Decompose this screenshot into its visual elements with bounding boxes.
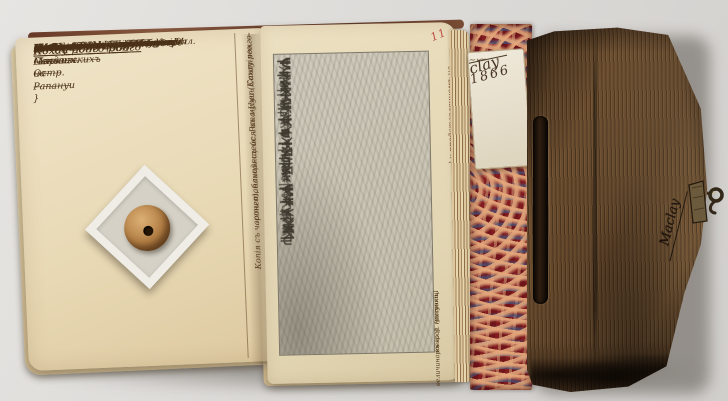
glyph-columns: ϯΨж·ѰϮ¥ЖψѪ·ϯΨұЖϯ Ж¥ϮψѪ·ΨϯжѰ¥ϮЖψ·Ѫ ѰϯЖΨ·¥… bbox=[276, 55, 432, 352]
clasp-hook-icon bbox=[686, 178, 728, 226]
left-page: Кохаи чодо чодо = Кохау ронго-ронго гово… bbox=[15, 28, 277, 371]
glyph-column: Ψ·¥ЖϯѰψ·ѪϮжΨ¥·ϯЖ bbox=[276, 57, 296, 241]
handwriting-line: „history.“ bbox=[34, 42, 76, 55]
photograph-notebook-scene: Кохаи чодо чодо = Кохау ронго-ронго гово… bbox=[0, 0, 728, 401]
corner-note-column: величина въ грав. (рисункѣ) ровно ⅓ наст… bbox=[433, 290, 452, 378]
page-number-mark: 11 bbox=[429, 26, 449, 44]
corner-note: ровно ⅓ настоящ. bbox=[433, 290, 442, 354]
rongorongo-drawing: ϯΨж·ѰϮ¥ЖψѪ·ϯΨұЖϯ Ж¥ϮψѪ·ΨϯжѰ¥ϮЖψ·Ѫ ѰϯЖΨ·¥… bbox=[273, 51, 435, 356]
ownership-label: ~·~ clay 1866 bbox=[467, 48, 532, 170]
bead-hole bbox=[143, 226, 153, 236]
glyph-page: 11 ϯΨж·ѰϮ¥ЖψѪ·ϯΨұЖϯ Ж¥ϮψѪ·ΨϯжѰ¥ϮЖψ·Ѫ ѰϯЖ… bbox=[260, 22, 463, 384]
